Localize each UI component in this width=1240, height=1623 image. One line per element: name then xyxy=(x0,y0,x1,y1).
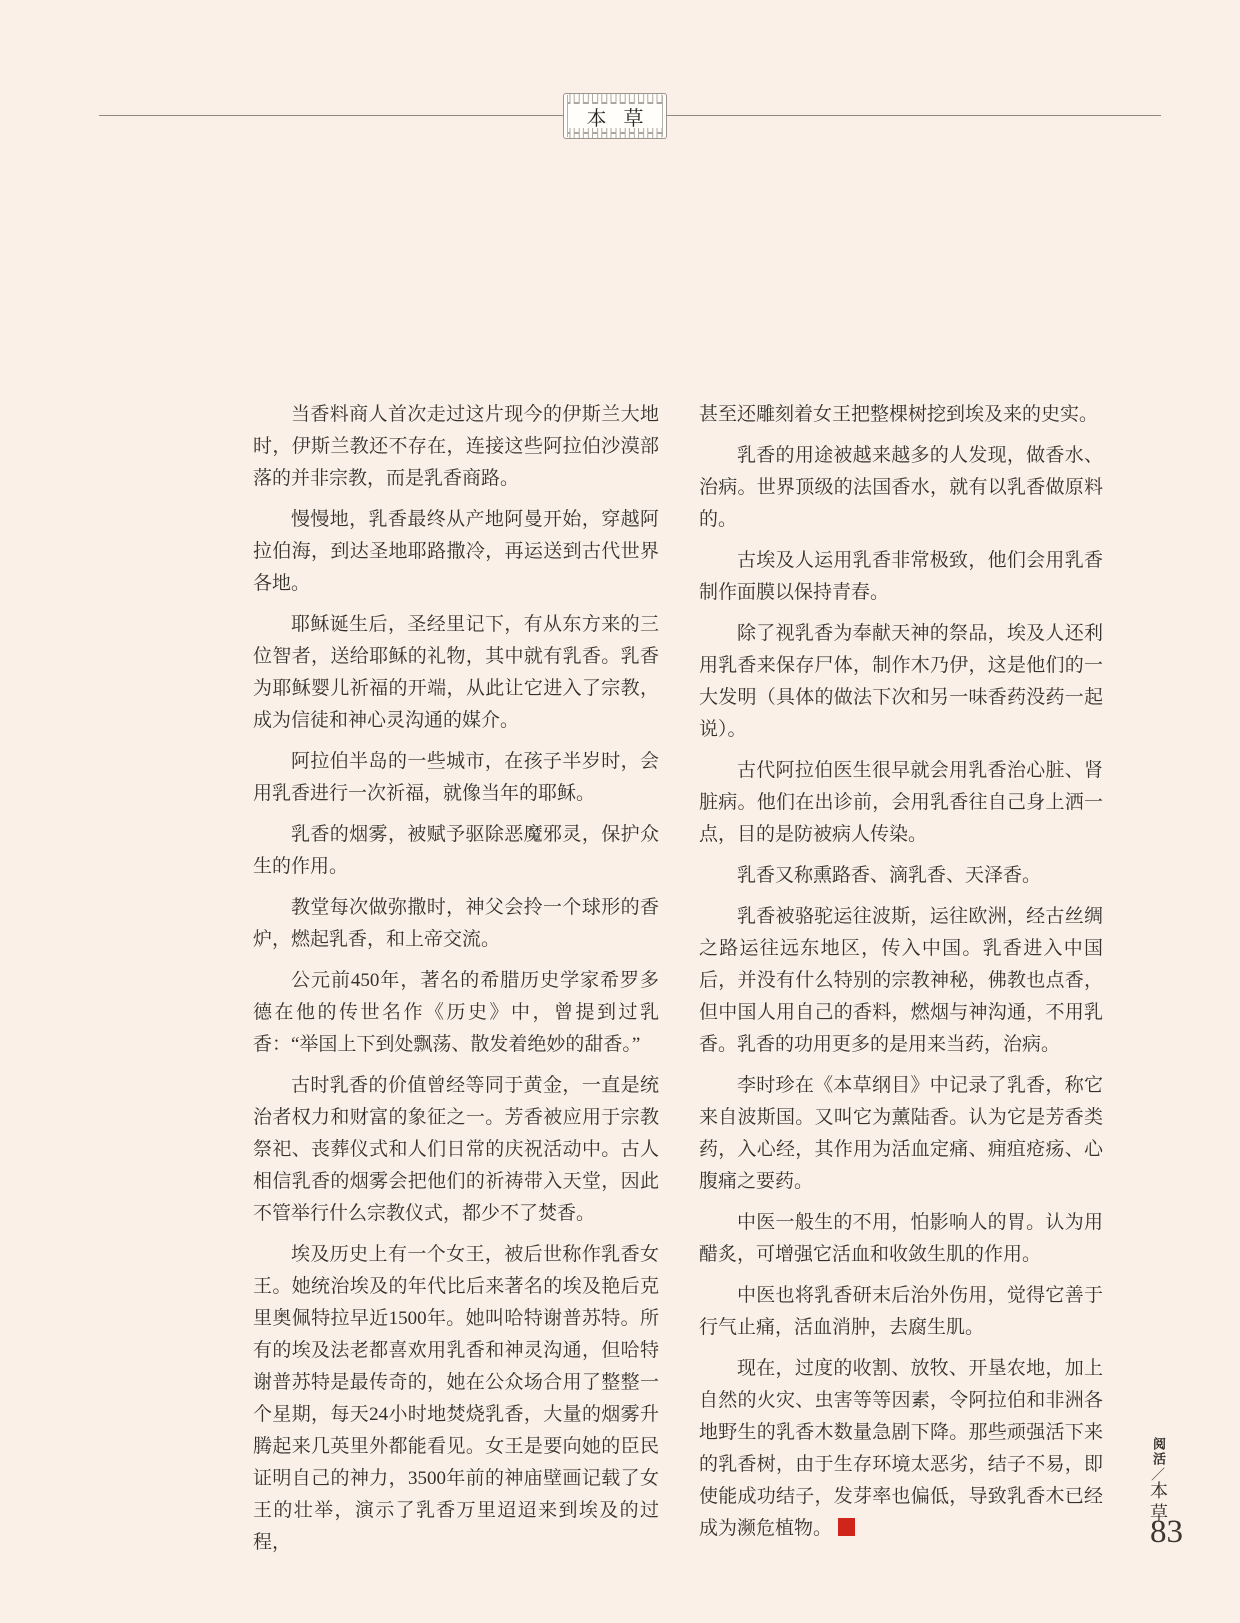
right-column: 甚至还雕刻着女王把整棵树挖到埃及来的史实。乳香的用途被越来越多的人发现，做香水、… xyxy=(699,399,1103,1554)
paragraph: 教堂每次做弥撒时，神父会拎一个球形的香炉，燃起乳香，和上帝交流。 xyxy=(253,892,659,956)
paragraph-text: 李时珍在《本草纲目》中记录了乳香，称它来自波斯国。又叫它为薰陆香。认为它是芳香类… xyxy=(699,1075,1103,1192)
paragraph: 阿拉伯半岛的一些城市，在孩子半岁时，会用乳香进行一次祈福，就像当年的耶稣。 xyxy=(253,746,659,810)
paragraph: 慢慢地，乳香最终从产地阿曼开始，穿越阿拉伯海，到达圣地耶路撒冷，再运送到古代世界… xyxy=(253,504,659,600)
paragraph-text: 乳香的用途被越来越多的人发现，做香水、治病。世界顶级的法国香水，就有以乳香做原料… xyxy=(699,445,1103,530)
paragraph-text: 乳香又称熏路香、滴乳香、天泽香。 xyxy=(737,865,1041,886)
sidebar-running-tag: 阅活／本草 xyxy=(1149,1437,1167,1525)
paragraph: 古时乳香的价值曾经等同于黄金，一直是统治者权力和财富的象征之一。芳香被应用于宗教… xyxy=(253,1070,659,1230)
paragraph-text: 中医一般生的不用，怕影响人的胃。认为用醋炙，可增强它活血和收敛生肌的作用。 xyxy=(699,1212,1103,1265)
paragraph: 李时珍在《本草纲目》中记录了乳香，称它来自波斯国。又叫它为薰陆香。认为它是芳香类… xyxy=(699,1070,1103,1198)
paragraph: 乳香又称熏路香、滴乳香、天泽香。 xyxy=(699,860,1103,892)
paragraph: 乳香的烟雾，被赋予驱除恶魔邪灵，保护众生的作用。 xyxy=(253,819,659,883)
paragraph-text: 乳香被骆驼运往波斯，运往欧洲，经古丝绸之路运往远东地区，传入中国。乳香进入中国后… xyxy=(699,906,1103,1055)
article-end-mark xyxy=(838,1518,855,1536)
paragraph: 乳香的用途被越来越多的人发现，做香水、治病。世界顶级的法国香水，就有以乳香做原料… xyxy=(699,440,1103,536)
paragraph-text: 耶稣诞生后，圣经里记下，有从东方来的三位智者，送给耶稣的礼物，其中就有乳香。乳香… xyxy=(253,614,659,731)
paragraph: 中医一般生的不用，怕影响人的胃。认为用醋炙，可增强它活血和收敛生肌的作用。 xyxy=(699,1207,1103,1271)
header-section-box: 本草 xyxy=(563,93,667,139)
paragraph-text: 古代阿拉伯医生很早就会用乳香治心脏、肾脏病。他们在出诊前，会用乳香往自己身上洒一… xyxy=(699,760,1103,845)
header-section-label: 本草 xyxy=(563,93,667,139)
paragraph-text: 古埃及人运用乳香非常极致，他们会用乳香制作面膜以保持青春。 xyxy=(699,550,1103,603)
paragraph: 古埃及人运用乳香非常极致，他们会用乳香制作面膜以保持青春。 xyxy=(699,545,1103,609)
page-number: 83 xyxy=(1150,1514,1183,1551)
paragraph-text: 现在，过度的收割、放牧、开垦农地，加上自然的火灾、虫害等等因素，令阿拉伯和非洲各… xyxy=(699,1358,1103,1539)
magazine-label: 阅活 xyxy=(1151,1437,1166,1467)
paragraph: 耶稣诞生后，圣经里记下，有从东方来的三位智者，送给耶稣的礼物，其中就有乳香。乳香… xyxy=(253,609,659,737)
paragraph: 乳香被骆驼运往波斯，运往欧洲，经古丝绸之路运往远东地区，传入中国。乳香进入中国后… xyxy=(699,901,1103,1061)
paragraph-text: 古时乳香的价值曾经等同于黄金，一直是统治者权力和财富的象征之一。芳香被应用于宗教… xyxy=(253,1075,659,1224)
paragraph: 现在，过度的收割、放牧、开垦农地，加上自然的火灾、虫害等等因素，令阿拉伯和非洲各… xyxy=(699,1353,1103,1545)
paragraph: 当香料商人首次走过这片现今的伊斯兰大地时，伊斯兰教还不存在，连接这些阿拉伯沙漠部… xyxy=(253,399,659,495)
paragraph: 埃及历史上有一个女王，被后世称作乳香女王。她统治埃及的年代比后来著名的埃及艳后克… xyxy=(253,1239,659,1559)
left-column: 当香料商人首次走过这片现今的伊斯兰大地时，伊斯兰教还不存在，连接这些阿拉伯沙漠部… xyxy=(253,399,659,1568)
paragraph: 古代阿拉伯医生很早就会用乳香治心脏、肾脏病。他们在出诊前，会用乳香往自己身上洒一… xyxy=(699,755,1103,851)
paragraph-text: 慢慢地，乳香最终从产地阿曼开始，穿越阿拉伯海，到达圣地耶路撒冷，再运送到古代世界… xyxy=(253,509,659,594)
paragraph-text: 当香料商人首次走过这片现今的伊斯兰大地时，伊斯兰教还不存在，连接这些阿拉伯沙漠部… xyxy=(253,404,659,489)
paragraph-text: 甚至还雕刻着女王把整棵树挖到埃及来的史实。 xyxy=(699,404,1098,425)
paragraph: 公元前450年，著名的希腊历史学家希罗多德在他的传世名作《历史》中，曾提到过乳香… xyxy=(253,965,659,1061)
paragraph: 中医也将乳香研末后治外伤用，觉得它善于行气止痛，活血消肿，去腐生肌。 xyxy=(699,1280,1103,1344)
paragraph-text: 乳香的烟雾，被赋予驱除恶魔邪灵，保护众生的作用。 xyxy=(253,824,659,877)
paragraph-text: 教堂每次做弥撒时，神父会拎一个球形的香炉，燃起乳香，和上帝交流。 xyxy=(253,897,659,950)
paragraph-text: 中医也将乳香研末后治外伤用，觉得它善于行气止痛，活血消肿，去腐生肌。 xyxy=(699,1285,1103,1338)
paragraph-text: 埃及历史上有一个女王，被后世称作乳香女王。她统治埃及的年代比后来著名的埃及艳后克… xyxy=(253,1244,659,1553)
tag-separator: ／ xyxy=(1150,1467,1166,1481)
paragraph-text: 公元前450年，著名的希腊历史学家希罗多德在他的传世名作《历史》中，曾提到过乳香… xyxy=(253,970,659,1055)
paragraph-text: 除了视乳香为奉献天神的祭品，埃及人还利用乳香来保存尸体，制作木乃伊，这是他们的一… xyxy=(699,623,1103,740)
magazine-page: 本草 当香料商人首次走过这片现今的伊斯兰大地时，伊斯兰教还不存在，连接这些阿拉伯… xyxy=(0,0,1240,1623)
paragraph-text: 阿拉伯半岛的一些城市，在孩子半岁时，会用乳香进行一次祈福，就像当年的耶稣。 xyxy=(253,751,659,804)
paragraph: 甚至还雕刻着女王把整棵树挖到埃及来的史实。 xyxy=(699,399,1103,431)
paragraph: 除了视乳香为奉献天神的祭品，埃及人还利用乳香来保存尸体，制作木乃伊，这是他们的一… xyxy=(699,618,1103,746)
